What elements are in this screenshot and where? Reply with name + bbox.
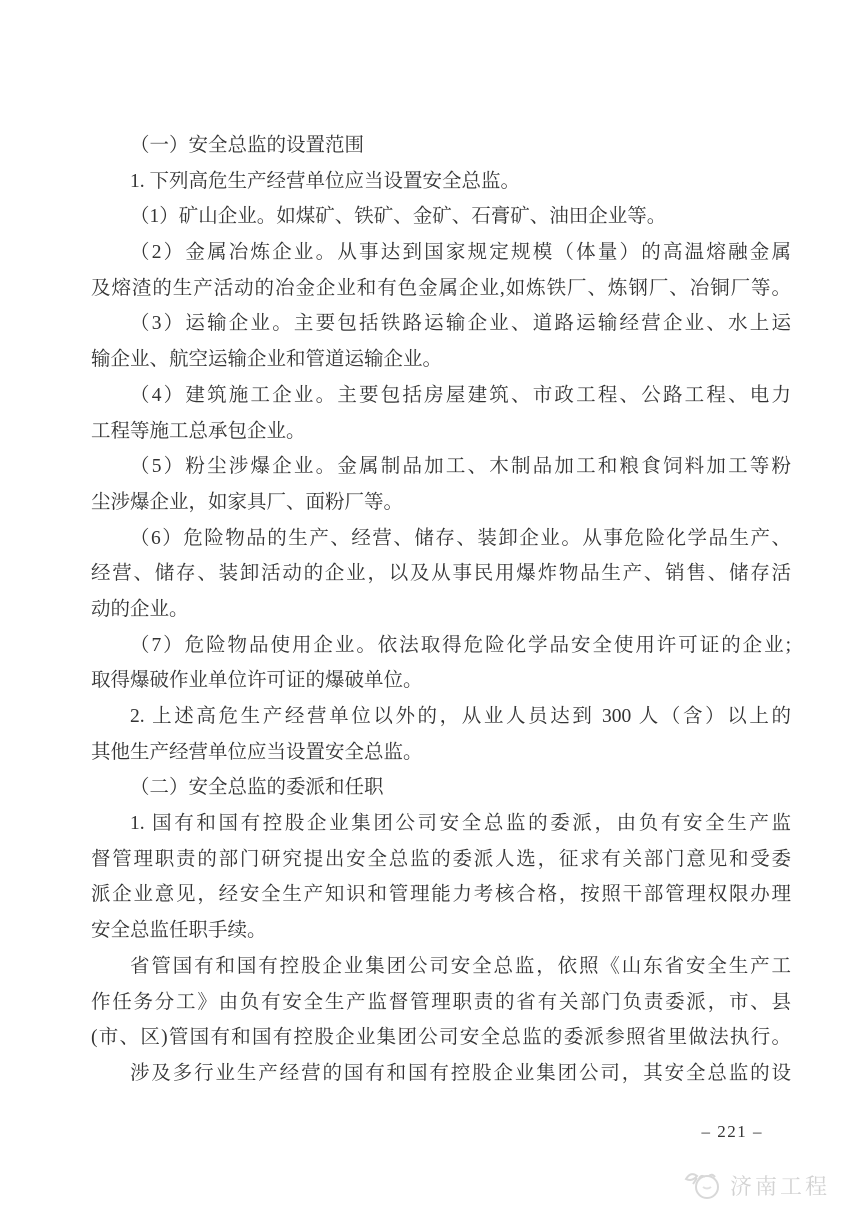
- text-line: （1）矿山企业。如煤矿、铁矿、金矿、石膏矿、油田企业等。: [91, 199, 791, 235]
- text-line: 1. 下列高危生产经营单位应当设置安全总监。: [91, 164, 791, 200]
- text-line: 2. 上述高危生产经营单位以外的，从业人员达到 300 人（含）以上的: [91, 699, 791, 735]
- text-line: 工程等施工总承包企业。: [91, 414, 791, 450]
- text-line: 安全总监任职手续。: [91, 913, 791, 949]
- text-line: 1. 国有和国有控股企业集团公司安全总监的委派，由负有安全生产监: [91, 806, 791, 842]
- text-line: 其他生产经营单位应当设置安全总监。: [91, 735, 791, 771]
- text-line: 作任务分工》由负有安全生产监督管理职责的省有关部门负责委派，市、县: [91, 985, 791, 1021]
- text-line: （一）安全总监的设置范围: [91, 128, 791, 164]
- text-line: （7）危险物品使用企业。依法取得危险化学品安全使用许可证的企业;: [91, 628, 791, 664]
- text-line: 督管理职责的部门研究提出安全总监的委派人选，征求有关部门意见和受委: [91, 842, 791, 878]
- text-line: 派企业意见，经安全生产知识和管理能力考核合格，按照干部管理权限办理: [91, 877, 791, 913]
- document-body: （一）安全总监的设置范围1. 下列高危生产经营单位应当设置安全总监。（1）矿山企…: [91, 128, 791, 1092]
- watermark-label: 济南工程: [730, 1170, 830, 1201]
- text-line: 涉及多行业生产经营的国有和国有控股企业集团公司，其安全总监的设: [91, 1056, 791, 1092]
- text-line: (市、区)管国有和国有控股企业集团公司安全总监的委派参照省里做法执行。: [91, 1020, 791, 1056]
- text-line: 及熔渣的生产活动的冶金企业和有色金属企业,如炼铁厂、炼钢厂、冶铜厂等。: [91, 271, 791, 307]
- text-line: 输企业、航空运输企业和管道运输企业。: [91, 342, 791, 378]
- text-line: 动的企业。: [91, 592, 791, 628]
- text-line: 经营、储存、装卸活动的企业，以及从事民用爆炸物品生产、销售、储存活: [91, 556, 791, 592]
- text-line: 尘涉爆企业，如家具厂、面粉厂等。: [91, 485, 791, 521]
- text-line: （4）建筑施工企业。主要包括房屋建筑、市政工程、公路工程、电力: [91, 378, 791, 414]
- text-line: （二）安全总监的委派和任职: [91, 770, 791, 806]
- document-page: （一）安全总监的设置范围1. 下列高危生产经营单位应当设置安全总监。（1）矿山企…: [0, 0, 856, 1225]
- text-line: （5）粉尘涉爆企业。金属制品加工、木制品加工和粮食饲料加工等粉: [91, 449, 791, 485]
- mascot-doodle-logo-icon: [683, 1168, 723, 1202]
- watermark: 济南工程: [683, 1168, 830, 1202]
- page-number: – 221 –: [702, 1122, 764, 1142]
- text-line: （3）运输企业。主要包括铁路运输企业、道路运输经营企业、水上运: [91, 306, 791, 342]
- text-line: 取得爆破作业单位许可证的爆破单位。: [91, 663, 791, 699]
- text-line: （2）金属冶炼企业。从事达到国家规定规模（体量）的高温熔融金属: [91, 235, 791, 271]
- text-line: 省管国有和国有控股企业集团公司安全总监，依照《山东省安全生产工: [91, 949, 791, 985]
- text-line: （6）危险物品的生产、经营、储存、装卸企业。从事危险化学品生产、: [91, 521, 791, 557]
